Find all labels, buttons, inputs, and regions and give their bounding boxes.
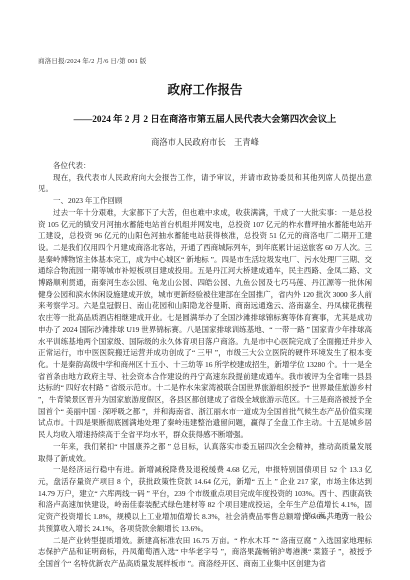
report-body: 各位代表： 现在，我代表市人民政府向大会报告工作，请予审议，并请市政协委员和其他…	[38, 160, 372, 570]
document-page: 商洛日报/2024 年/2 月/6 日/第 001 版 政府工作报告 ——202…	[0, 0, 410, 580]
report-subtitle: ——2024 年 2 月 2 日在商洛市第五届人民代表大会第四次会议上	[38, 111, 372, 125]
report-title: 政府工作报告	[38, 80, 372, 98]
paragraph-overall-goal: 一年来，我们紧扣“ 中国康养之都 ” 总目标，认真落实市委五届四次全会精神，推动…	[38, 441, 372, 464]
page-number: 第 1 页 共 7 页	[304, 511, 348, 521]
masthead: 商洛日报/2024 年/2 月/6 日/第 001 版	[38, 56, 372, 65]
paragraph-economic-performance: 一是经济运行稳中有进。新增减税降费及退税缓费 4.68 亿元，申报特别国债项目 …	[38, 464, 372, 534]
paragraph-industry-upgrade: 二是产业转型提质增效。新建高标准农田 16.75 万亩。“ 柞水木耳 ”“ 洛南…	[38, 535, 372, 570]
intro-paragraph: 现在，我代表市人民政府向大会报告工作，请予审议，并请市政协委员和其他列席人员提出…	[38, 172, 372, 195]
salutation: 各位代表：	[38, 160, 372, 172]
section-heading-2023-review: 一、2023 年工作回顾	[38, 195, 372, 207]
byline: 商洛市人民政府市长 王青峰	[38, 136, 372, 148]
paragraph-major-achievements: 过去一年十分艰难，大家都下了大苦，但也难中求成，收获满满，干成了一大批实事：一是…	[38, 207, 372, 441]
